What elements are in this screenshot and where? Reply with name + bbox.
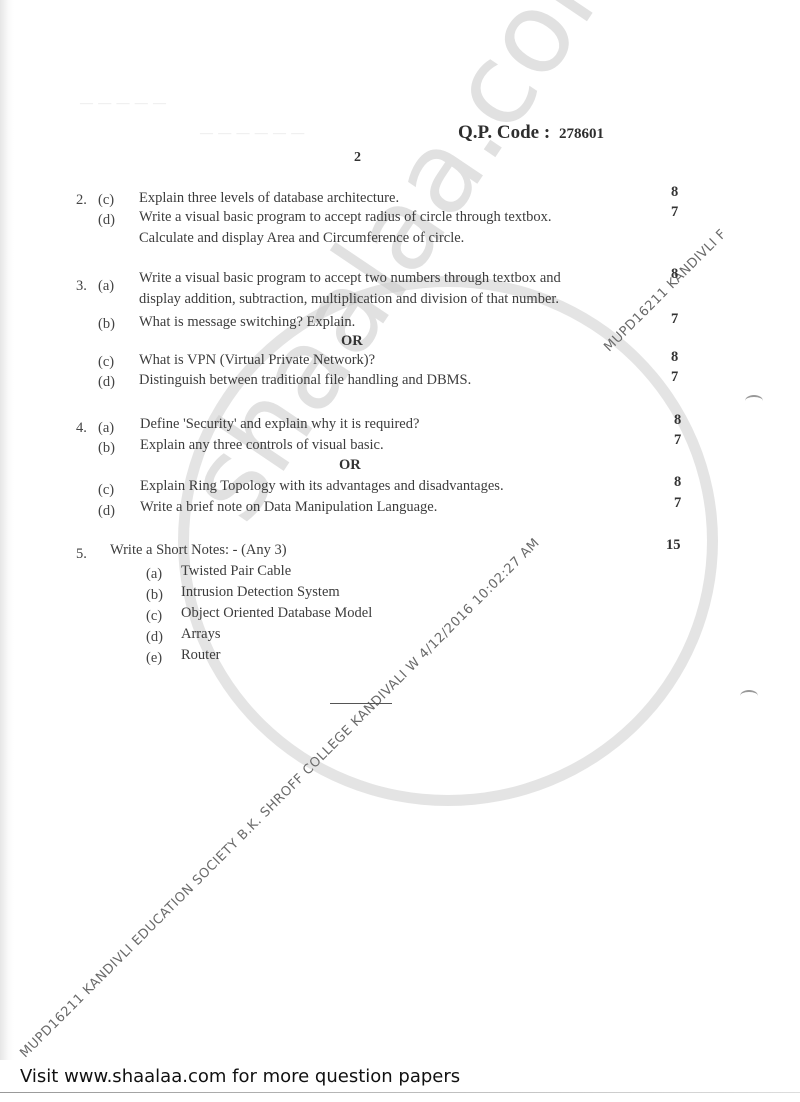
bleed-through-text: — — — — — — [80, 95, 167, 111]
marks: 7 — [671, 311, 678, 328]
question-paper-page: — — — — — — — — — — — shaalaa.com MUPD16… — [0, 0, 800, 1102]
part-label: (a) — [98, 278, 114, 295]
footer-promo-text: Visit www.shaalaa.com for more question … — [20, 1066, 460, 1087]
marks: 8 — [671, 349, 678, 366]
end-of-paper-rule — [330, 703, 392, 704]
marks: 7 — [674, 495, 681, 512]
qp-code-label: Q.P. Code : — [458, 122, 550, 143]
page-number: 2 — [354, 150, 361, 166]
marks: 7 — [671, 369, 678, 386]
question-number: 5. — [76, 546, 87, 563]
question-number: 2. — [76, 192, 87, 209]
note-item: Router — [181, 647, 220, 664]
question-text: Calculate and display Area and Circumfer… — [139, 230, 464, 247]
marks: 8 — [671, 266, 678, 283]
question-text: Write a visual basic program to accept r… — [139, 209, 552, 226]
part-label: (d) — [98, 212, 115, 229]
question-text: Define 'Security' and explain why it is … — [140, 416, 419, 433]
note-item: Intrusion Detection System — [181, 584, 340, 601]
question-number: 4. — [76, 420, 87, 437]
part-label: (b) — [98, 316, 115, 333]
marks: 7 — [674, 432, 681, 449]
question-text: Explain Ring Topology with its advantage… — [140, 478, 504, 495]
question-text: Distinguish between traditional file han… — [139, 372, 471, 389]
marks: 8 — [674, 474, 681, 491]
question-text: Explain three levels of database archite… — [139, 190, 399, 207]
question-text: Write a brief note on Data Manipulation … — [140, 499, 437, 516]
question-text: Write a Short Notes: - (Any 3) — [110, 542, 287, 559]
question-number: 3. — [76, 278, 87, 295]
bleed-through-text: — — — — — — — [200, 125, 305, 141]
note-label: (a) — [146, 566, 162, 583]
part-label: (c) — [98, 192, 114, 209]
marks: 15 — [666, 537, 681, 554]
footer-divider — [0, 1092, 800, 1093]
note-item: Object Oriented Database Model — [181, 605, 372, 622]
part-label: (a) — [98, 420, 114, 437]
note-label: (d) — [146, 629, 163, 646]
part-label: (c) — [98, 482, 114, 499]
scan-smudge — [740, 690, 758, 702]
note-item: Twisted Pair Cable — [181, 563, 291, 580]
scan-smudge — [745, 395, 763, 407]
or-separator: OR — [339, 457, 361, 474]
marks: 7 — [671, 204, 678, 221]
part-label: (d) — [98, 503, 115, 520]
part-label: (c) — [98, 354, 114, 371]
question-text: What is message switching? Explain. — [139, 314, 355, 331]
question-text: Write a visual basic program to accept t… — [139, 270, 561, 287]
note-label: (e) — [146, 650, 162, 667]
question-text: display addition, subtraction, multiplic… — [139, 291, 559, 308]
part-label: (d) — [98, 374, 115, 391]
marks: 8 — [674, 412, 681, 429]
or-separator: OR — [341, 333, 363, 350]
qp-code-value: 278601 — [559, 126, 604, 142]
question-text: What is VPN (Virtual Private Network)? — [139, 352, 375, 369]
watermark-stamp-top: MUPD16211 KANDIVLI F — [601, 227, 729, 355]
note-label: (c) — [146, 608, 162, 625]
marks: 8 — [671, 184, 678, 201]
note-item: Arrays — [181, 626, 220, 643]
note-label: (b) — [146, 587, 163, 604]
part-label: (b) — [98, 440, 115, 457]
question-text: Explain any three controls of visual bas… — [140, 437, 384, 454]
qp-code: Q.P. Code : 278601 — [458, 122, 604, 144]
scan-edge-shadow — [0, 0, 14, 1060]
